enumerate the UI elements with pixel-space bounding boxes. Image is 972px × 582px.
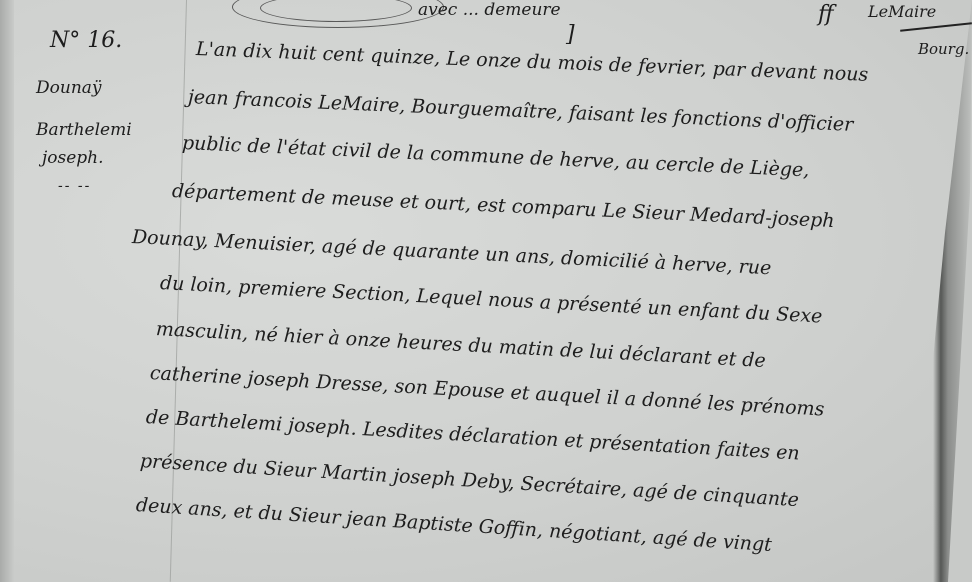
page-left-edge: [0, 0, 14, 582]
body-line: jean francois LeMaire, Bourguemaître, fa…: [188, 86, 854, 136]
signature-mark: ff: [818, 2, 834, 27]
margin-surname: Dounaÿ: [36, 80, 102, 97]
body-line: L'an dix huit cent quinze, Le onze du mo…: [196, 38, 869, 86]
top-bracket: ]: [566, 22, 575, 47]
margin-given-name-2: joseph.: [42, 150, 104, 167]
signature-name: LeMaire: [868, 2, 936, 21]
body-line: public de l'état civil de la commune de …: [182, 132, 810, 181]
scanned-register-page: avec ... demeure ] ff LeMaire Bourg. N° …: [0, 0, 972, 582]
body-line: département de meuse et ourt, est compar…: [172, 180, 836, 232]
signature-underline: [900, 22, 972, 31]
margin-dash: -- --: [58, 178, 91, 194]
top-fragment-note: avec ... demeure: [418, 0, 561, 20]
margin-given-name-1: Barthelemi: [36, 122, 132, 139]
body-line: du loin, premiere Section, Lequel nous a…: [159, 272, 822, 328]
signature-title: Bourg.: [918, 40, 969, 58]
body-line: masculin, né hier à onze heures du matin…: [155, 318, 766, 372]
record-number: N° 16.: [50, 28, 122, 53]
body-line: Dounay, Menuisier, agé de quarante un an…: [131, 226, 771, 279]
